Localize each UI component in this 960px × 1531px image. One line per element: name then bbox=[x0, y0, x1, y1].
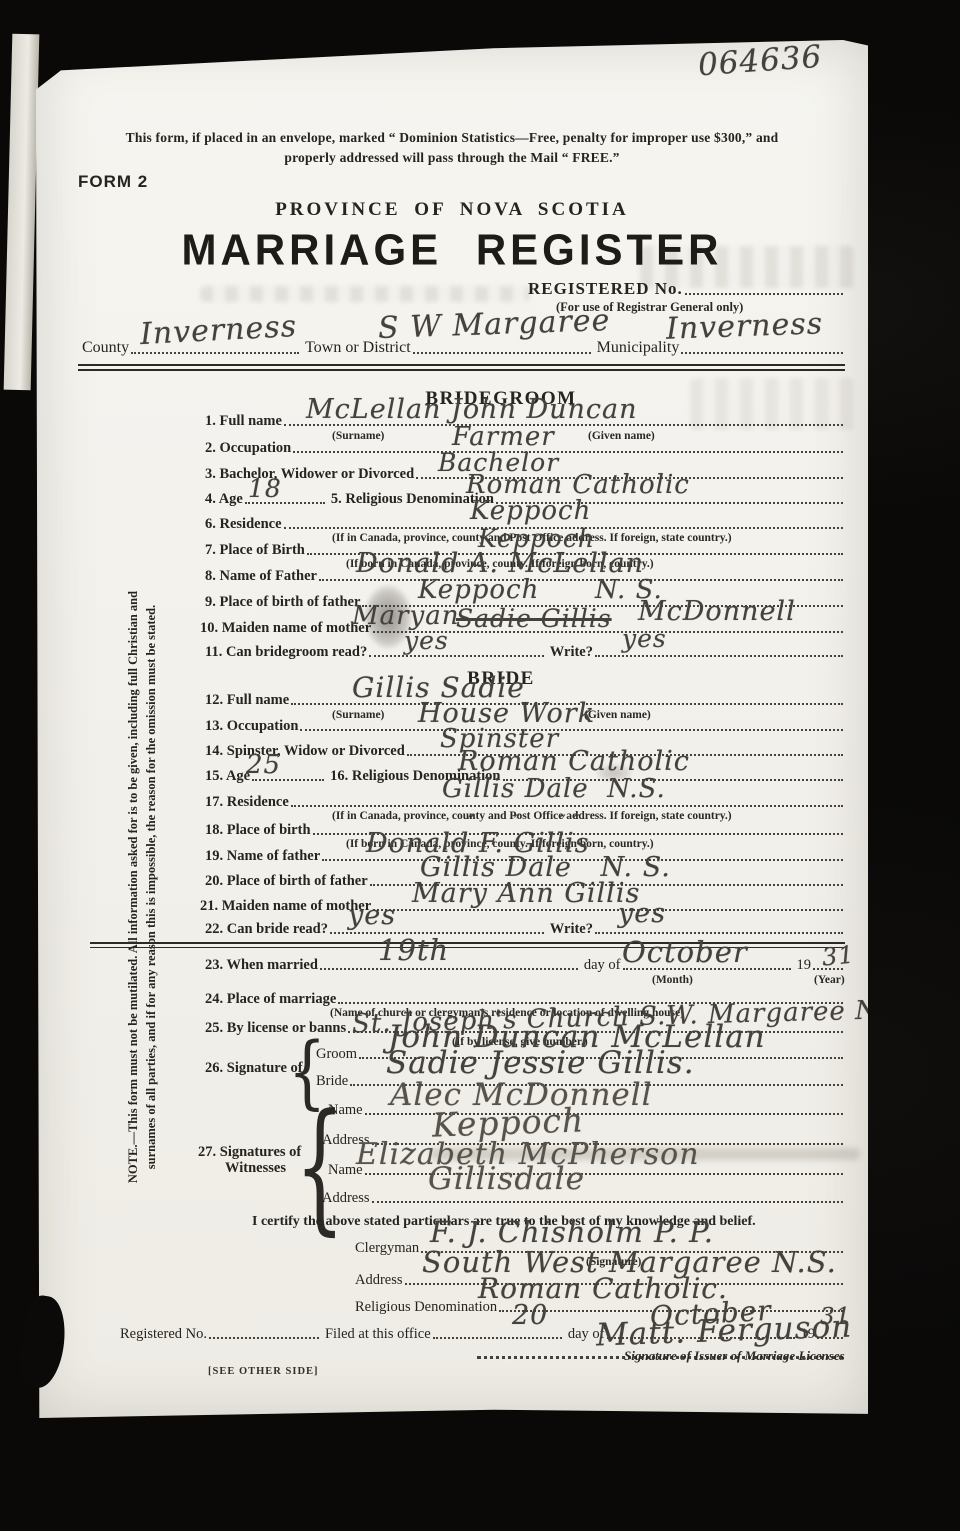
side-note-line2: surnames of all parties, and if for any … bbox=[142, 557, 160, 1217]
dotted-line bbox=[369, 653, 544, 657]
handwritten-br-occupation: House Work bbox=[418, 700, 595, 727]
field-label: 20. Place of birth of father bbox=[205, 874, 368, 890]
handwritten-day: 19th bbox=[378, 936, 449, 965]
handwritten-br-can-write: yes bbox=[618, 900, 666, 927]
religious-denomination-label: Religious Denomination bbox=[355, 1300, 497, 1316]
field-label: 9. Place of birth of father bbox=[205, 595, 360, 611]
dotted-line bbox=[595, 930, 843, 934]
handwritten-bg-mother-struck: Sadie Gillis bbox=[456, 606, 612, 631]
county-label: County bbox=[82, 340, 129, 357]
handwritten-clergyman-signature: F. J. Chisholm P. P. bbox=[430, 1218, 714, 1247]
side-note-line1: NOTE.—This form must not be mutilated. A… bbox=[124, 557, 142, 1217]
field-label: 19. Name of father bbox=[205, 849, 320, 865]
dotted-line bbox=[595, 653, 843, 657]
registered-no-label: Registered No. bbox=[120, 1327, 207, 1343]
handwritten-bride-signature: Sadie Jessie Gillis. bbox=[386, 1048, 695, 1079]
handwritten-bg-can-read: yes bbox=[404, 628, 449, 653]
field-label: 6. Residence bbox=[205, 517, 282, 533]
year-caption: (Year) bbox=[814, 974, 845, 986]
registered-no-row: REGISTERED No. bbox=[528, 278, 845, 298]
address-label: Address bbox=[355, 1273, 403, 1289]
postal-notice-line1: This form, if placed in an envelope, mar… bbox=[36, 130, 868, 146]
handwritten-br-age: 25 bbox=[246, 752, 281, 778]
write-label: Write? bbox=[546, 922, 593, 938]
handwritten-br-can-read: yes bbox=[348, 902, 396, 929]
clergyman-label: Clergyman bbox=[355, 1241, 419, 1257]
handwritten-br-religion: Roman Catholic bbox=[458, 748, 690, 775]
handwritten-witness2-address: Gillisdale bbox=[428, 1164, 585, 1195]
field-label: 17. Residence bbox=[205, 795, 289, 811]
handwritten-municipality: Inverness bbox=[666, 309, 824, 344]
handwritten-br-father-birthplace: Gillis Dale N. S. bbox=[420, 854, 671, 881]
handwritten-bg-age: 18 bbox=[248, 476, 282, 501]
dotted-line bbox=[209, 1335, 319, 1339]
field-label: 8. Name of Father bbox=[205, 569, 317, 585]
witnesses-label-line1: 27. Signatures of bbox=[198, 1144, 301, 1161]
field-label: 4. Age bbox=[205, 492, 243, 508]
name-label: Name bbox=[328, 1103, 363, 1119]
double-rule bbox=[78, 364, 845, 371]
field-label: 22. Can bride read? bbox=[205, 922, 328, 938]
handwritten-bg-occupation: Farmer bbox=[452, 424, 555, 450]
field-bg-read-write: 11. Can bridegroom read? Write? bbox=[205, 640, 845, 660]
address-label: Address bbox=[322, 1191, 370, 1207]
field-label: 15. Age bbox=[205, 769, 250, 785]
handwritten-bg-religion: Roman Catholic bbox=[466, 472, 690, 498]
dotted-line bbox=[413, 350, 591, 354]
handwritten-bg-father: Donald A. McLellan bbox=[356, 550, 644, 577]
dotted-line bbox=[685, 291, 843, 295]
field-label: 11. Can bridegroom read? bbox=[205, 645, 367, 661]
field-br-read-write: 22. Can bride read? Write? bbox=[205, 917, 845, 937]
handwritten-witness1-address: Keppoch bbox=[431, 1103, 584, 1141]
marriage-register-document: 064636 This form, if placed in an envelo… bbox=[36, 40, 868, 1418]
scanned-marriage-register-page: { "page": { "doc_number": "064636", "see… bbox=[0, 0, 960, 1531]
handwritten-issuer-signature: Matt. Ferguson bbox=[596, 1312, 853, 1352]
handwritten-bg-can-write: yes bbox=[622, 626, 667, 651]
groom-label: Groom bbox=[316, 1047, 357, 1063]
field-label: 23. When married bbox=[205, 958, 318, 974]
page-title: MARRIAGE REGISTER bbox=[36, 225, 868, 275]
handwritten-br-mother: Mary Ann Gillis bbox=[412, 880, 640, 907]
field-label: 3. Bachelor, Widower or Divorced bbox=[205, 467, 414, 483]
handwritten-town: S W Margaree bbox=[378, 306, 611, 344]
side-note: NOTE.—This form must not be mutilated. A… bbox=[124, 557, 164, 1217]
postal-notice-line2: properly addressed will pass through the… bbox=[36, 150, 868, 166]
handwritten-bg-residence: Keppoch bbox=[470, 498, 591, 524]
field-label: 18. Place of birth bbox=[205, 823, 311, 839]
field-label: 14. Spinster, Widow or Divorced bbox=[205, 744, 405, 760]
handwritten-year: 31 bbox=[821, 942, 856, 969]
see-other-side-note: [SEE OTHER SIDE] bbox=[208, 1366, 319, 1377]
handwritten-month: October bbox=[622, 938, 748, 967]
handwritten-bg-mother-surname: McDonnell bbox=[638, 598, 796, 625]
write-label: Write? bbox=[546, 645, 593, 661]
field-label: 10. Maiden name of mother bbox=[200, 621, 371, 637]
field-label: 7. Place of Birth bbox=[205, 543, 305, 559]
day-of-label: day of bbox=[580, 958, 621, 974]
handwritten-br-residence: Gillis Dale N.S. bbox=[442, 776, 666, 802]
year-prefix: 19 bbox=[793, 958, 812, 974]
dotted-line bbox=[681, 350, 843, 354]
handwritten-county: Inverness bbox=[139, 312, 297, 350]
dotted-line bbox=[372, 1199, 843, 1203]
field-label: 1. Full name bbox=[205, 414, 282, 430]
field-label: 21. Maiden name of mother bbox=[200, 899, 371, 915]
field-label: 13. Occupation bbox=[205, 719, 298, 735]
issuer-signature-caption: Signature of Issuer of Marriage Licenses bbox=[624, 1348, 845, 1364]
handwritten-filed-day: 20 bbox=[512, 1302, 548, 1329]
filed-label: Filed at this office bbox=[321, 1327, 431, 1343]
dotted-line bbox=[433, 1335, 562, 1339]
handwritten-bg-father-birthplace: Keppoch N. S. bbox=[418, 577, 663, 603]
field-label: 2. Occupation bbox=[205, 441, 291, 457]
field-when-married: 23. When married day of 19 bbox=[205, 953, 845, 973]
handwritten-bg-full-name: McLellan John Duncan bbox=[306, 396, 638, 423]
registered-no-label: REGISTERED No. bbox=[528, 280, 683, 298]
dotted-line bbox=[293, 449, 843, 453]
bleed-through-artifact bbox=[200, 286, 530, 302]
handwritten-doc-number: 064636 bbox=[697, 42, 823, 82]
province-title: PROVINCE OF NOVA SCOTIA bbox=[36, 199, 868, 221]
field-label: 12. Full name bbox=[205, 693, 289, 709]
month-caption: (Month) bbox=[652, 974, 693, 986]
field-label: 24. Place of marriage bbox=[205, 992, 336, 1008]
witnesses-label-line2: Witnesses bbox=[225, 1160, 286, 1177]
form-number: FORM 2 bbox=[78, 172, 148, 192]
